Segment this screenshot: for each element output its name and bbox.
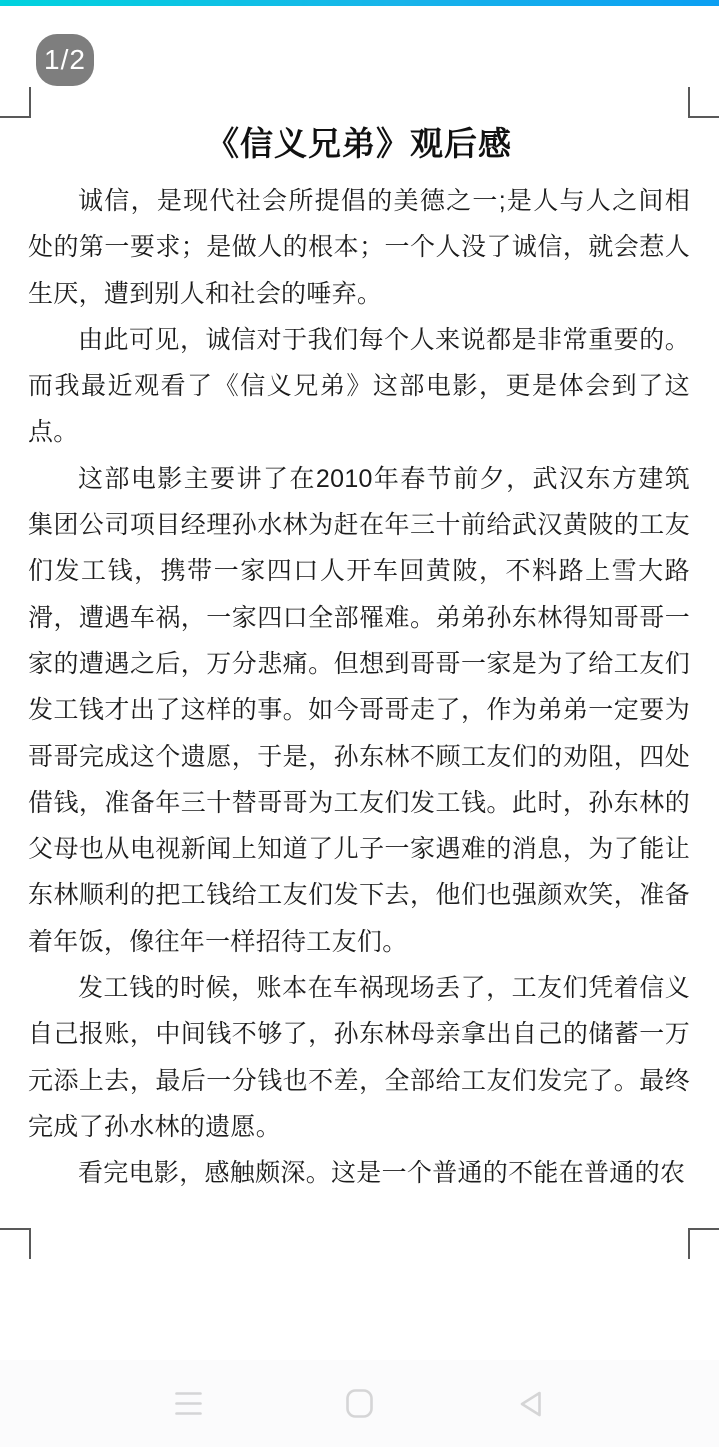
paragraph-3: 这部电影主要讲了在2010年春节前夕，武汉东方建筑集团公司项目经理孙水林为赶在年… [28,456,690,965]
back-icon [517,1389,544,1419]
recent-apps-button[interactable] [169,1384,209,1424]
margin-mark-top-left [0,87,31,118]
paragraph-1: 诚信，是现代社会所提倡的美德之一;是人与人之间相处的第一要求；是做人的根本；一个… [28,178,690,317]
margin-mark-bottom-left [0,1228,31,1259]
margin-mark-bottom-right [688,1228,719,1259]
document-page: 《信义兄弟》观后感 诚信，是现代社会所提倡的美德之一;是人与人之间相处的第一要求… [28,120,690,1197]
recent-apps-icon [175,1391,202,1416]
android-nav-bar [0,1360,719,1447]
paragraph-4: 发工钱的时候，账本在车祸现场丢了，工友们凭着信义自己报账，中间钱不够了，孙东林母… [28,965,690,1150]
page-indicator-badge: 1/2 [36,34,94,86]
back-button[interactable] [511,1384,551,1424]
document-title: 《信义兄弟》观后感 [28,120,690,168]
margin-mark-top-right [688,87,719,118]
page-indicator-label: 1/2 [44,44,86,76]
phone-screen: 1/2 《信义兄弟》观后感 诚信，是现代社会所提倡的美德之一;是人与人之间相处的… [0,0,719,1447]
status-bar [0,0,719,6]
paragraph-2: 由此可见，诚信对于我们每个人来说都是非常重要的。而我最近观看了《信义兄弟》这部电… [28,317,690,456]
paragraph-5: 看完电影，感触颇深。这是一个普通的不能在普通的农 [28,1150,690,1196]
home-button[interactable] [340,1384,380,1424]
home-icon [346,1389,373,1418]
